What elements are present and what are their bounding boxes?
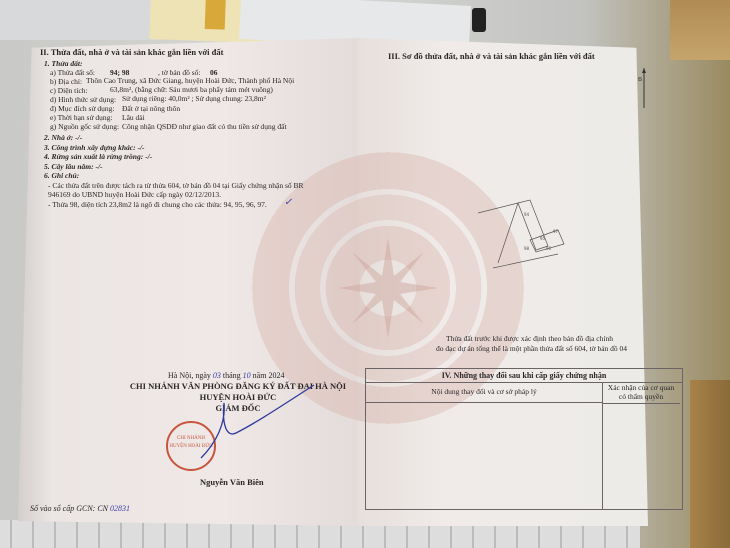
- land-certificate-booklet: II. Thửa đất, nhà ở và tài sản khác gắn …: [18, 38, 648, 526]
- section-iv-title: IV. Những thay đổi sau khi cấp giấy chứn…: [366, 369, 682, 383]
- section-ii-title: II. Thửa đất, nhà ở và tài sản khác gắn …: [40, 48, 223, 57]
- term-label: e) Thời hạn sử dụng:: [50, 113, 112, 122]
- background-paper: [0, 0, 160, 40]
- item-2-house: 2. Nhà ở: -/-: [44, 133, 82, 142]
- north-arrow-icon: [642, 68, 646, 108]
- column-divider: [602, 402, 603, 509]
- term-value: Lâu dài: [122, 113, 145, 122]
- plot-label-98: 98: [524, 246, 530, 251]
- plot-label-94: 94: [524, 212, 530, 217]
- date-line: Hà Nội, ngày 03 tháng 10 năm 2024: [168, 371, 284, 380]
- address-value: Thôn Cao Trung, xã Đức Giang, huyện Hoài…: [86, 76, 294, 85]
- north-label: B: [638, 76, 642, 85]
- item-1-label: 1. Thửa đất:: [44, 59, 82, 68]
- date-month-label: tháng: [223, 371, 241, 380]
- address-label: b) Địa chỉ:: [50, 77, 82, 86]
- area-value: 63,8m², (bằng chữ: Sáu mươi ba phẩy tám …: [110, 85, 273, 94]
- date-month: 10: [243, 371, 251, 380]
- signer-name: Nguyễn Văn Biên: [200, 478, 264, 487]
- usage-form-value: Sử dụng riêng: 40,0m² ; Sử dụng chung: 2…: [122, 94, 266, 103]
- date-prefix: Hà Nội, ngày: [168, 371, 211, 380]
- usage-form-label: d) Hình thức sử dụng:: [50, 95, 116, 104]
- plot-label-97: 97: [553, 229, 559, 234]
- map-note-line-1: Thửa đất trước khi được xác định theo bả…: [446, 334, 613, 343]
- origin-label: g) Nguồn gốc sử dụng:: [50, 122, 119, 131]
- note-2: - Thửa 98, diện tích 23,8m2 là ngõ đi ch…: [48, 200, 267, 209]
- map-note-line-2: đo đạc dự án tổng thể là một phần thửa đ…: [436, 344, 627, 353]
- parcel-diagram: 94 95 96 97 98: [478, 188, 578, 278]
- purpose-value: Đất ở tại nông thôn: [122, 104, 180, 113]
- item-4-planted-forest: 4. Rừng sản xuất là rừng trồng: -/-: [44, 152, 152, 161]
- note-1-line-2: 946169 do UBND huyện Hoài Đức cấp ngày 0…: [48, 190, 221, 199]
- registry-line: Số vào sổ cấp GCN: CN 02831: [30, 504, 130, 513]
- signature-stroke: [196, 383, 316, 463]
- item-5-perennial-trees: 5. Cây lâu năm: -/-: [44, 162, 103, 171]
- column-changes-header: Nội dung thay đổi và cơ sở pháp lý: [366, 382, 603, 403]
- note-1-line-1: - Các thửa đất trên được tách ra từ thửa…: [48, 181, 304, 190]
- item-6-notes-label: 6. Ghi chú:: [44, 171, 79, 180]
- binder-clip: [472, 8, 486, 32]
- star-watermark-icon: [338, 238, 438, 338]
- checkmark-icon: ✓: [284, 198, 292, 207]
- registry-label: Số vào sổ cấp GCN: CN: [30, 504, 108, 513]
- column-confirm-header: Xác nhận của cơ quan có thẩm quyền: [602, 382, 680, 404]
- purpose-label: đ) Mục đích sử dụng:: [50, 104, 114, 113]
- column-confirm-line-2: có thẩm quyền: [602, 392, 680, 401]
- section-iii-title: III. Sơ đồ thửa đất, nhà ở và tài sản kh…: [388, 52, 595, 61]
- wood-surface: [670, 0, 730, 60]
- item-3-other-construction: 3. Công trình xây dựng khác: -/-: [44, 143, 145, 152]
- date-year: năm 2024: [253, 371, 285, 380]
- plot-label-95: 95: [540, 236, 546, 241]
- column-confirm-line-1: Xác nhận của cơ quan: [602, 383, 680, 392]
- plot-label-96: 96: [546, 246, 552, 251]
- date-day: 03: [213, 371, 221, 380]
- changes-table: IV. Những thay đổi sau khi cấp giấy chứn…: [365, 368, 683, 510]
- origin-value: Công nhận QSDĐ như giao đất có thu tiền …: [122, 122, 287, 131]
- registry-value: 02831: [110, 504, 130, 513]
- wood-surface: [690, 380, 730, 548]
- area-label: c) Diện tích:: [50, 86, 88, 95]
